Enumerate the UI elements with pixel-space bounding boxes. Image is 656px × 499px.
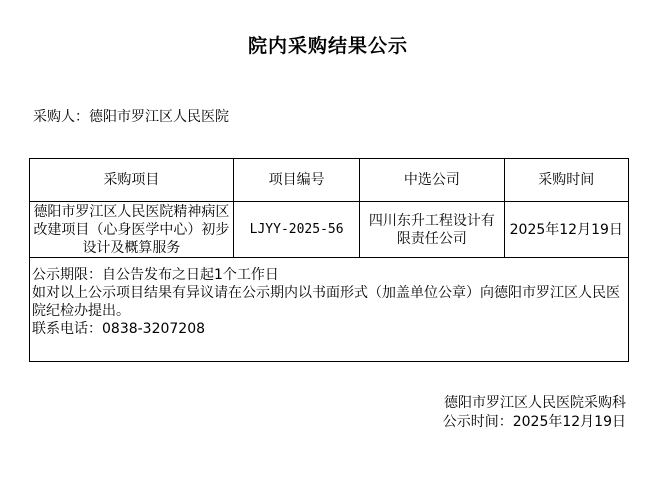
header-company: 中选公司 <box>360 159 504 202</box>
cell-item: 德阳市罗江区人民医院精神病区改建项目（心身医学中心）初步设计及概算服务 <box>30 202 234 258</box>
notice-objection: 如对以上公示项目结果有异议请在公示期内以书面形式（加盖单位公章）向德阳市罗江区人… <box>32 284 626 320</box>
notice-contact: 联系电话：0838-3207208 <box>32 320 626 338</box>
cell-company: 四川东升工程设计有限责任公司 <box>360 202 504 258</box>
footer-signature: 德阳市罗江区人民医院采购科 公示时间：2025年12月19日 <box>443 394 626 432</box>
cell-time: 2025年12月19日 <box>504 202 628 258</box>
footer-department: 德阳市罗江区人民医院采购科 <box>443 394 626 413</box>
header-time: 采购时间 <box>504 159 628 202</box>
header-item: 采购项目 <box>30 159 234 202</box>
table-row: 德阳市罗江区人民医院精神病区改建项目（心身医学中心）初步设计及概算服务 LJYY… <box>30 202 629 258</box>
cell-project-no: LJYY-2025-56 <box>233 202 359 258</box>
purchaser-label: 采购人： <box>33 109 89 125</box>
purchaser-line: 采购人：德阳市罗江区人民医院 <box>33 106 229 126</box>
notice-period: 公示期限：自公告发布之日起1个工作日 <box>32 266 626 284</box>
page-title: 院内采购结果公示 <box>0 31 656 58</box>
table-header-row: 采购项目 项目编号 中选公司 采购时间 <box>30 159 629 202</box>
notice-cell: 公示期限：自公告发布之日起1个工作日 如对以上公示项目结果有异议请在公示期内以书… <box>30 258 629 362</box>
header-project-no: 项目编号 <box>233 159 359 202</box>
procurement-result-table: 采购项目 项目编号 中选公司 采购时间 德阳市罗江区人民医院精神病区改建项目（心… <box>29 158 629 362</box>
notice-row: 公示期限：自公告发布之日起1个工作日 如对以上公示项目结果有异议请在公示期内以书… <box>30 258 629 362</box>
purchaser-name: 德阳市罗江区人民医院 <box>89 109 229 125</box>
footer-publish-time: 公示时间：2025年12月19日 <box>443 413 626 432</box>
